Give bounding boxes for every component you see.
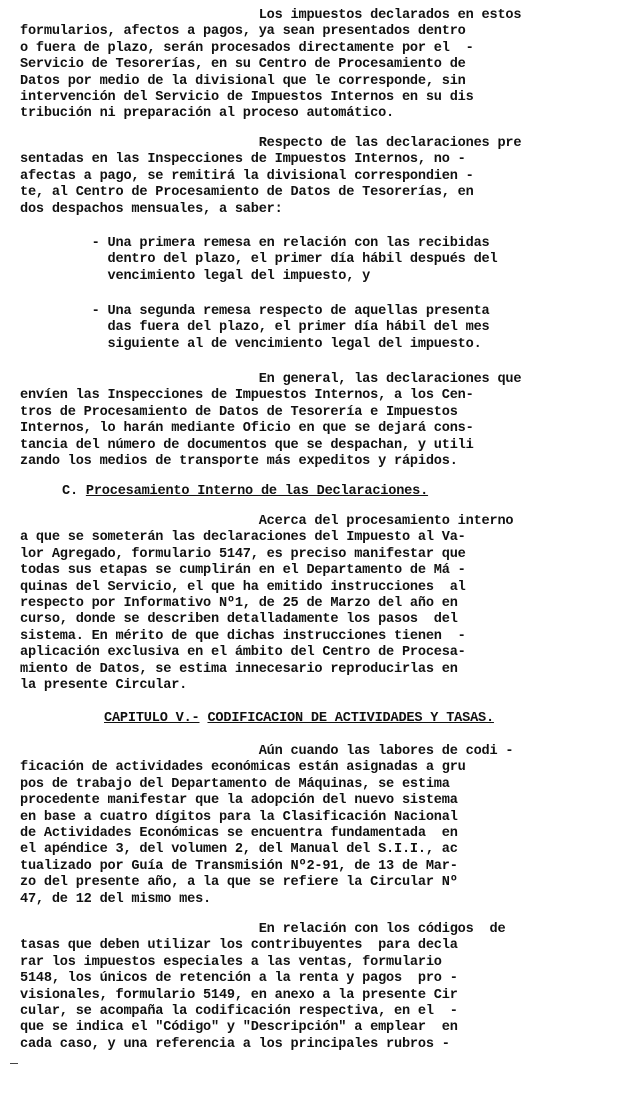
paragraph-p3-line: zando los medios de transporte más exped…	[20, 454, 458, 470]
paragraph-p4-line: la presente Circular.	[20, 678, 187, 694]
paragraph-p4-line: lor Agregado, formulario 5147, es precis…	[20, 547, 466, 563]
paragraph-p1-line: Datos por medio de la divisional que le …	[20, 74, 466, 90]
paragraph-p6-line: cada caso, y una referencia a los princi…	[20, 1037, 450, 1053]
paragraph-p5-line: de Actividades Económicas se encuentra f…	[20, 826, 458, 842]
paragraph-bullet2-line: - Una segunda remesa respecto de aquella…	[20, 304, 490, 320]
paragraph-p5-line: el apéndice 3, del volumen 2, del Manual…	[20, 842, 458, 858]
paragraph-p4-line: sistema. En mérito de que dichas instruc…	[20, 629, 466, 645]
paragraph-p5-line: zo del presente año, a la que se refiere…	[20, 875, 458, 891]
paragraph-p1-line: o fuera de plazo, serán procesados direc…	[20, 41, 474, 57]
paragraph-p6-line: 5148, los únicos de retención a la renta…	[20, 971, 458, 987]
paragraph-p3-line: tancia del número de documentos que se d…	[20, 438, 474, 454]
section-c-prefix: C.	[62, 484, 86, 499]
section-c-heading: C. Procesamiento Interno de las Declarac…	[62, 484, 428, 500]
paragraph-p1-line: Los impuestos declarados en estos	[20, 8, 521, 24]
paragraph-p5-line: Aún cuando las labores de codi -	[20, 744, 513, 760]
paragraph-p6-line: En relación con los códigos de	[20, 922, 505, 938]
chapter-heading: CAPITULO V.- CODIFICACION DE ACTIVIDADES…	[104, 711, 494, 727]
paragraph-p1-line: tribución ni preparación al proceso auto…	[20, 106, 394, 122]
paragraph-p4-line: aplicación exclusiva en el ámbito del Ce…	[20, 645, 466, 661]
paragraph-p1-line: Servicio de Tesorerías, en su Centro de …	[20, 57, 466, 73]
chapter-title: CODIFICACION DE ACTIVIDADES Y TASAS.	[207, 711, 493, 726]
paragraph-p6-line: visionales, formulario 5149, en anexo a …	[20, 988, 458, 1004]
paragraph-p5-line: pos de trabajo del Departamento de Máqui…	[20, 777, 450, 793]
paragraph-p2-line: sentadas en las Inspecciones de Impuesto…	[20, 152, 466, 168]
paragraph-p3-line: Internos, lo harán mediante Oficio en qu…	[20, 421, 474, 437]
paragraph-p6-line: tasas que deben utilizar los contribuyen…	[20, 938, 458, 954]
paragraph-p2-line: dos despachos mensuales, a saber:	[20, 202, 283, 218]
paragraph-p2-line: afectas a pago, se remitirá la divisiona…	[20, 169, 474, 185]
paragraph-bullet2-line: das fuera del plazo, el primer día hábil…	[20, 320, 490, 336]
paragraph-p1-line: intervención del Servicio de Impuestos I…	[20, 90, 474, 106]
paragraph-p6-line: cular, se acompaña la codificación respe…	[20, 1004, 458, 1020]
paragraph-p2-line: Respecto de las declaraciones pre	[20, 136, 521, 152]
paragraph-p5-line: en base a cuatro dígitos para la Clasifi…	[20, 810, 458, 826]
paragraph-p4-line: curso, donde se describen detalladamente…	[20, 612, 458, 628]
paragraph-p4-line: Acerca del procesamiento interno	[20, 514, 513, 530]
paragraph-p4-line: todas sus etapas se cumplirán en el Depa…	[20, 563, 466, 579]
chapter-label: CAPITULO V.-	[104, 711, 200, 726]
paragraph-p1-line: formularios, afectos a pagos, ya sean pr…	[20, 24, 466, 40]
document-page: Los impuestos declarados en estosformula…	[0, 0, 630, 1105]
margin-mark	[10, 1063, 18, 1064]
paragraph-p4-line: a que se someterán las declaraciones del…	[20, 530, 466, 546]
paragraph-p4-line: respecto por Informativo Nº1, de 25 de M…	[20, 596, 458, 612]
paragraph-p3-line: En general, las declaraciones que	[20, 372, 521, 388]
paragraph-p3-line: envíen las Inspecciones de Impuestos Int…	[20, 388, 474, 404]
paragraph-bullet1-line: vencimiento legal del impuesto, y	[20, 269, 370, 285]
paragraph-p2-line: te, al Centro de Procesamiento de Datos …	[20, 185, 474, 201]
paragraph-bullet1-line: - Una primera remesa en relación con las…	[20, 236, 490, 252]
section-c-title: Procesamiento Interno de las Declaracion…	[86, 484, 428, 499]
paragraph-p4-line: quinas del Servicio, el que ha emitido i…	[20, 580, 466, 596]
paragraph-p6-line: rar los impuestos especiales a las venta…	[20, 955, 442, 971]
paragraph-p5-line: ficación de actividades económicas están…	[20, 760, 466, 776]
paragraph-p3-line: tros de Procesamiento de Datos de Tesore…	[20, 405, 458, 421]
paragraph-p5-line: procedente manifestar que la adopción de…	[20, 793, 458, 809]
paragraph-bullet1-line: dentro del plazo, el primer día hábil de…	[20, 252, 497, 268]
paragraph-p4-line: miento de Datos, se estima innecesario r…	[20, 662, 458, 678]
paragraph-p6-line: que se indica el "Código" y "Descripción…	[20, 1020, 458, 1036]
paragraph-p5-line: 47, de 12 del mismo mes.	[20, 892, 211, 908]
paragraph-bullet2-line: siguiente al de vencimiento legal del im…	[20, 337, 482, 353]
paragraph-p5-line: tualizado por Guía de Transmisión Nº2-91…	[20, 859, 458, 875]
